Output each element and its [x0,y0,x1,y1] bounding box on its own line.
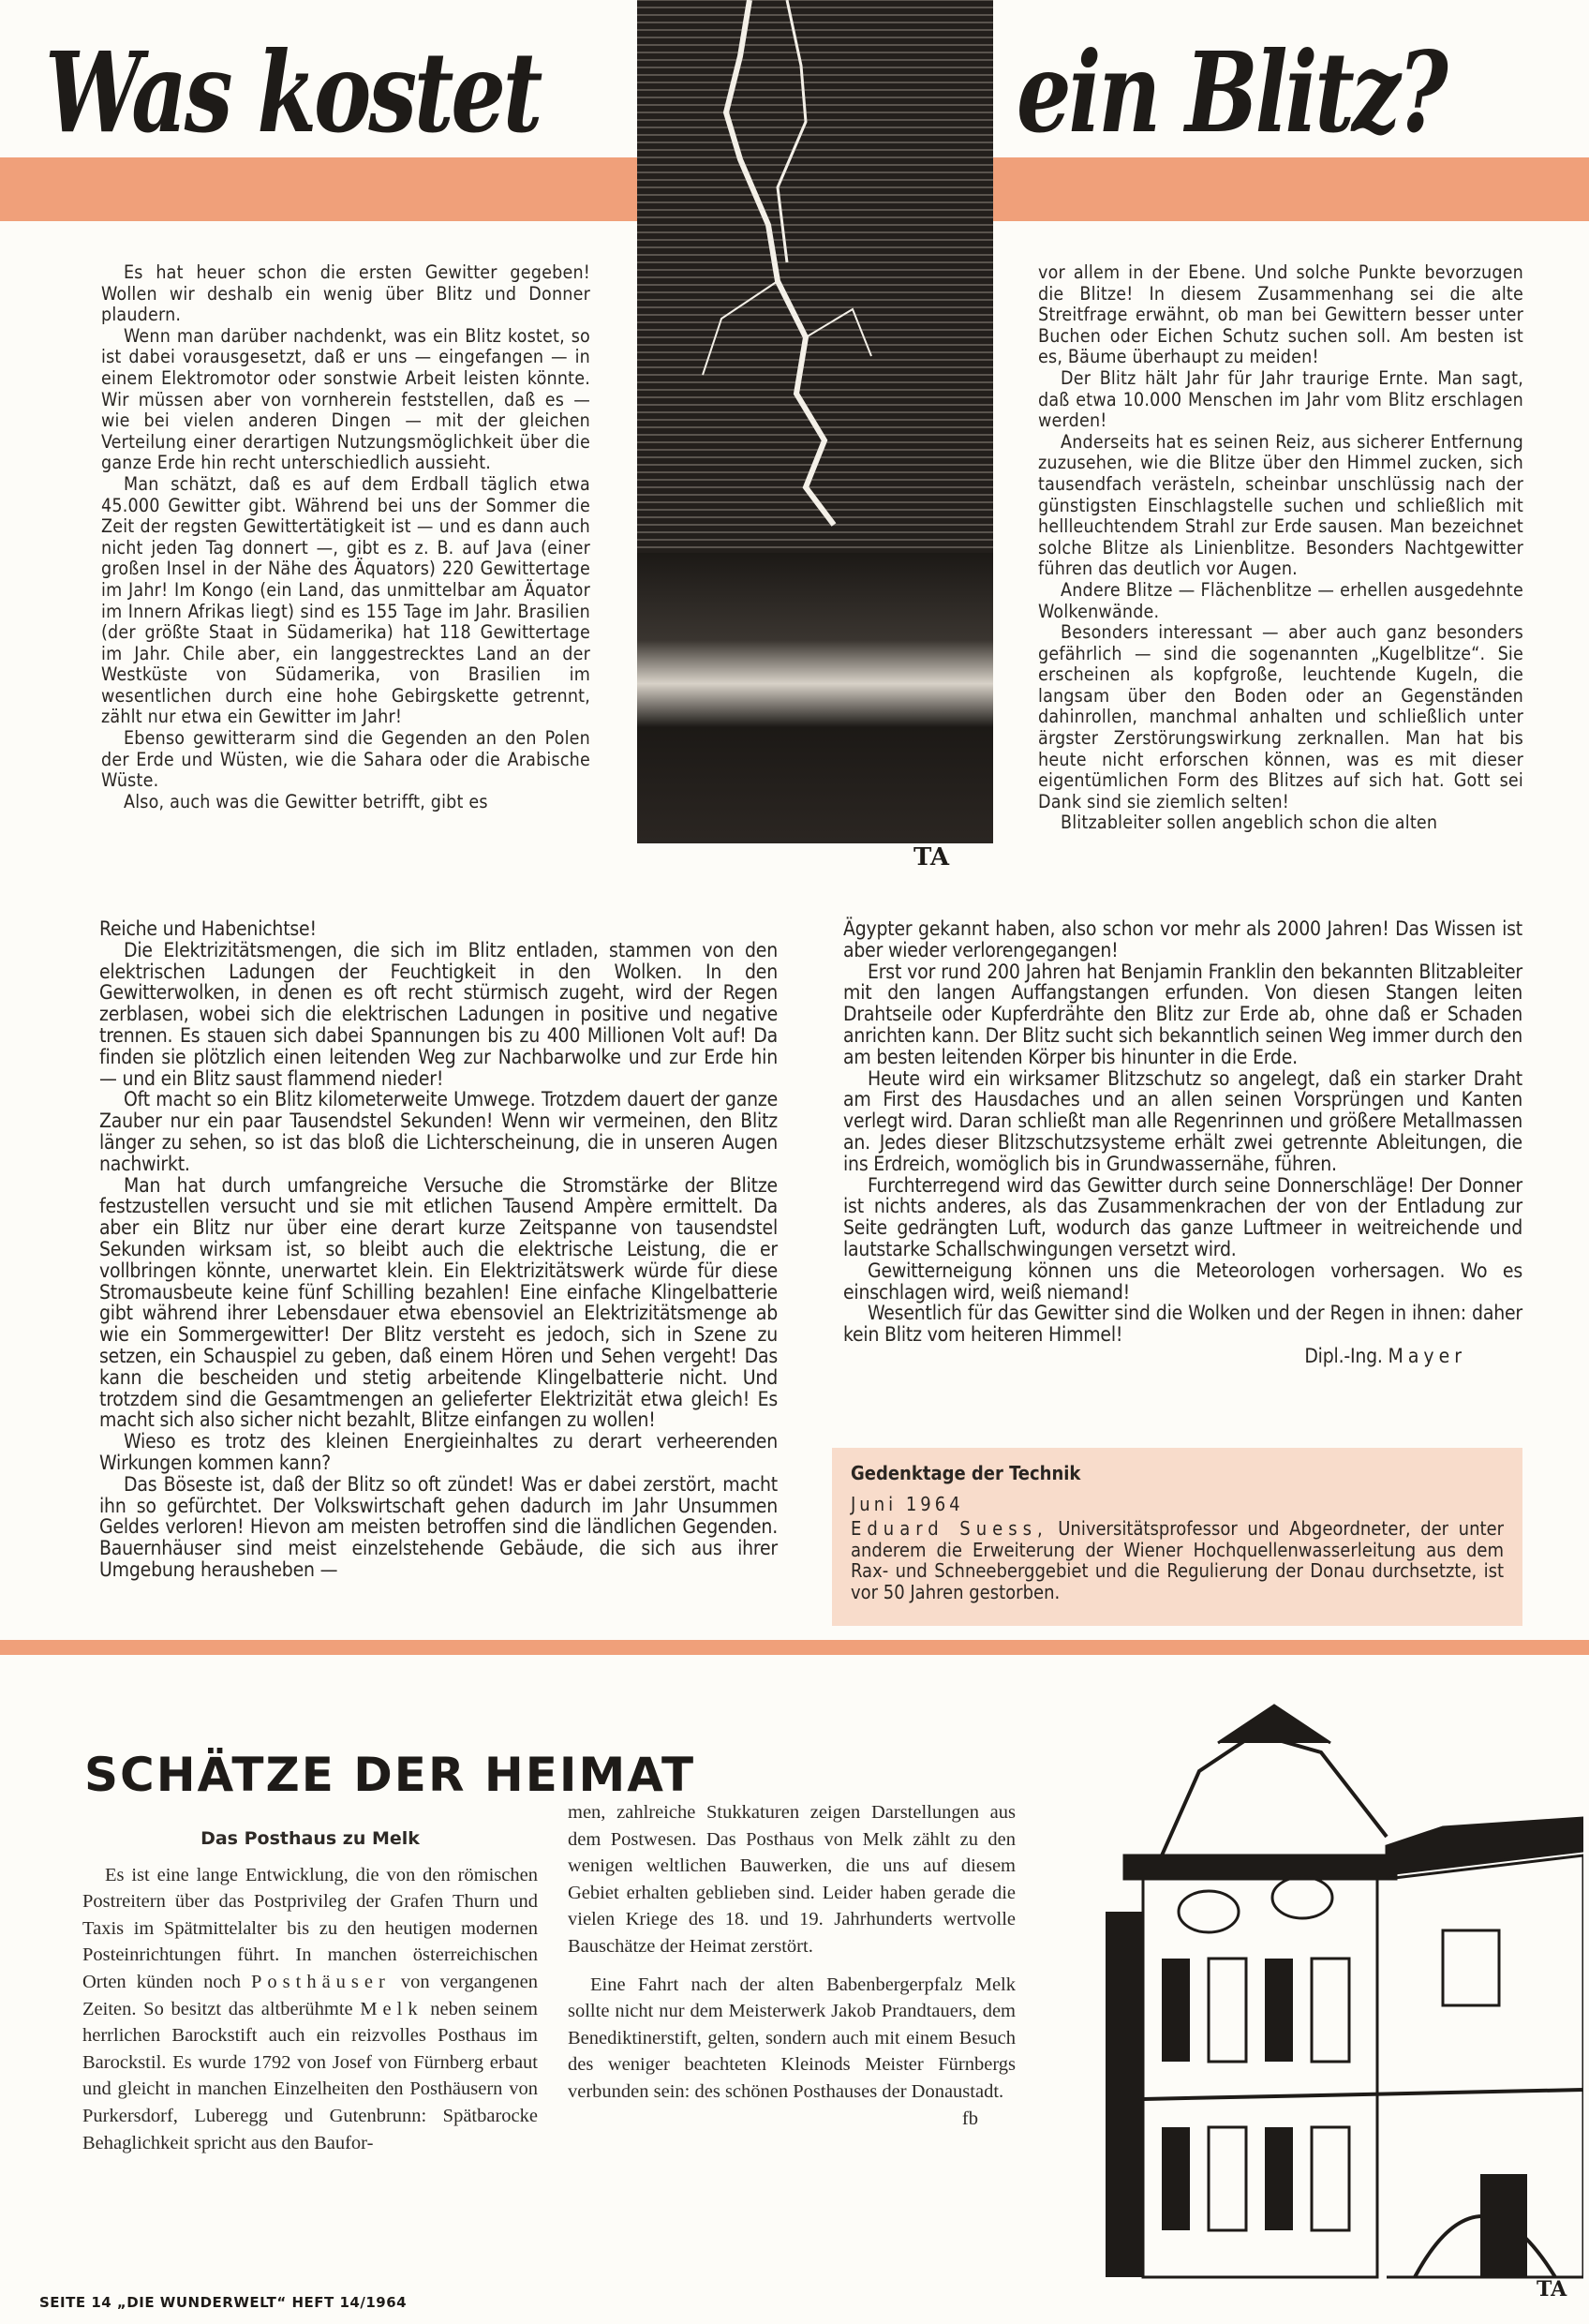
paragraph: Gewitterneigung können uns die Meteorolo… [843,1260,1522,1304]
paragraph: Anderseits hat es seinen Reiz, aus siche… [1038,432,1523,580]
article-wide-left: Reiche und Habenichtse! Die Elektrizität… [99,918,778,1581]
heimat-heading: SCHÄTZE DER HEIMAT [84,1748,695,1802]
paragraph: Es hat heuer schon die ersten Gewitter g… [101,262,590,326]
paragraph: Oft macht so ein Blitz kilometerweite Um… [99,1089,778,1174]
author-byline: Dipl.-Ing. Mayer [843,1346,1522,1367]
paragraph: Man hat durch umfangreiche Versuche die … [99,1175,778,1432]
paragraph: Ebenso gewitterarm sind die Gegenden an … [101,728,590,792]
gedenktage-box: Gedenktage der Technik Juni 1964 Eduard … [832,1448,1522,1626]
paragraph: Also, auch was die Gewitter betrifft, gi… [101,792,590,813]
paragraph: Wieso es trotz des kleinen Energieinhalt… [99,1431,778,1474]
lightning-illustration [637,0,993,843]
paragraph: Wesentlich für das Gewitter sind die Wol… [843,1303,1522,1346]
article-column-right: vor allem in der Ebene. Und solche Punkt… [1038,262,1523,834]
lightning-bolt-icon [637,0,993,843]
illustrator-signature: TA [913,843,949,871]
heimat-initials: fb [568,2106,1016,2133]
title-left: Was kostet [45,37,540,148]
header-band-left [0,157,637,221]
text-run: Posthäuser [251,1972,391,1992]
paragraph: Furchterregend wird das Gewitter durch s… [843,1175,1522,1260]
paragraph: Man schätzt, daß es auf dem Erdball tägl… [101,474,590,728]
paragraph: vor allem in der Ebene. Und solche Punkt… [1038,262,1523,368]
gedenktage-text: Eduard Suess, Universitätsprofessor und … [851,1518,1504,1602]
paragraph: Es ist eine lange Entwicklung, die von d… [82,1862,538,2157]
paragraph: men, zahlreiche Stukkaturen zeigen Darst… [568,1799,1016,1960]
author-name: Mayer [1389,1345,1466,1367]
paragraph: Die Elektrizitätsmengen, die sich im Bli… [99,940,778,1090]
heimat-subheading: Das Posthaus zu Melk [82,1825,538,1853]
text-run: neben seinem herrlichen Barockstift auch… [82,1999,538,2153]
gedenktage-heading: Gedenktage der Technik [851,1463,1504,1484]
heimat-column-2: men, zahlreiche Stukkaturen zeigen Darst… [568,1799,1016,2132]
title-right: ein Blitz? [1017,37,1446,148]
paragraph: Das Böseste ist, daß der Blitz so oft zü… [99,1474,778,1581]
illustrator-signature: TA [1537,2277,1567,2302]
paragraph: Besonders interessant — aber auch ganz b… [1038,622,1523,812]
paragraph: Blitzableiter sollen angeblich schon die… [1038,812,1523,834]
paragraph: Reiche und Habenichtse! [99,918,778,940]
paragraph: Ägypter gekannt haben, also schon vor me… [843,918,1522,961]
author-prefix: Dipl.-Ing. [1304,1345,1382,1367]
paragraph: Eine Fahrt nach der alten Babenbergerpfa… [568,1972,1016,2106]
header-band-right [993,157,1589,221]
gedenktage-date: Juni 1964 [851,1494,1504,1515]
posthaus-illustration [1106,1687,1583,2315]
page-footer: SEITE 14 „DIE WUNDERWELT“ HEFT 14/1964 [39,2294,407,2311]
gedenktage-person: Eduard Suess, [851,1517,1048,1540]
paragraph: Heute wird ein wirksamer Blitzschutz so … [843,1068,1522,1175]
paragraph: Der Blitz hält Jahr für Jahr traurige Er… [1038,368,1523,432]
section-divider-band [0,1640,1589,1655]
text-run: Melk [360,1999,423,2019]
article-wide-right: Ägypter gekannt haben, also schon vor me… [843,918,1522,1367]
paragraph: Andere Blitze — Flächenblitze — erhellen… [1038,580,1523,622]
article-column-left: Es hat heuer schon die ersten Gewitter g… [101,262,590,812]
paragraph: Erst vor rund 200 Jahren hat Benjamin Fr… [843,961,1522,1068]
paragraph: Wenn man darüber nachdenkt, was ein Blit… [101,326,590,474]
heimat-column-1: Das Posthaus zu Melk Es ist eine lange E… [82,1825,538,2156]
